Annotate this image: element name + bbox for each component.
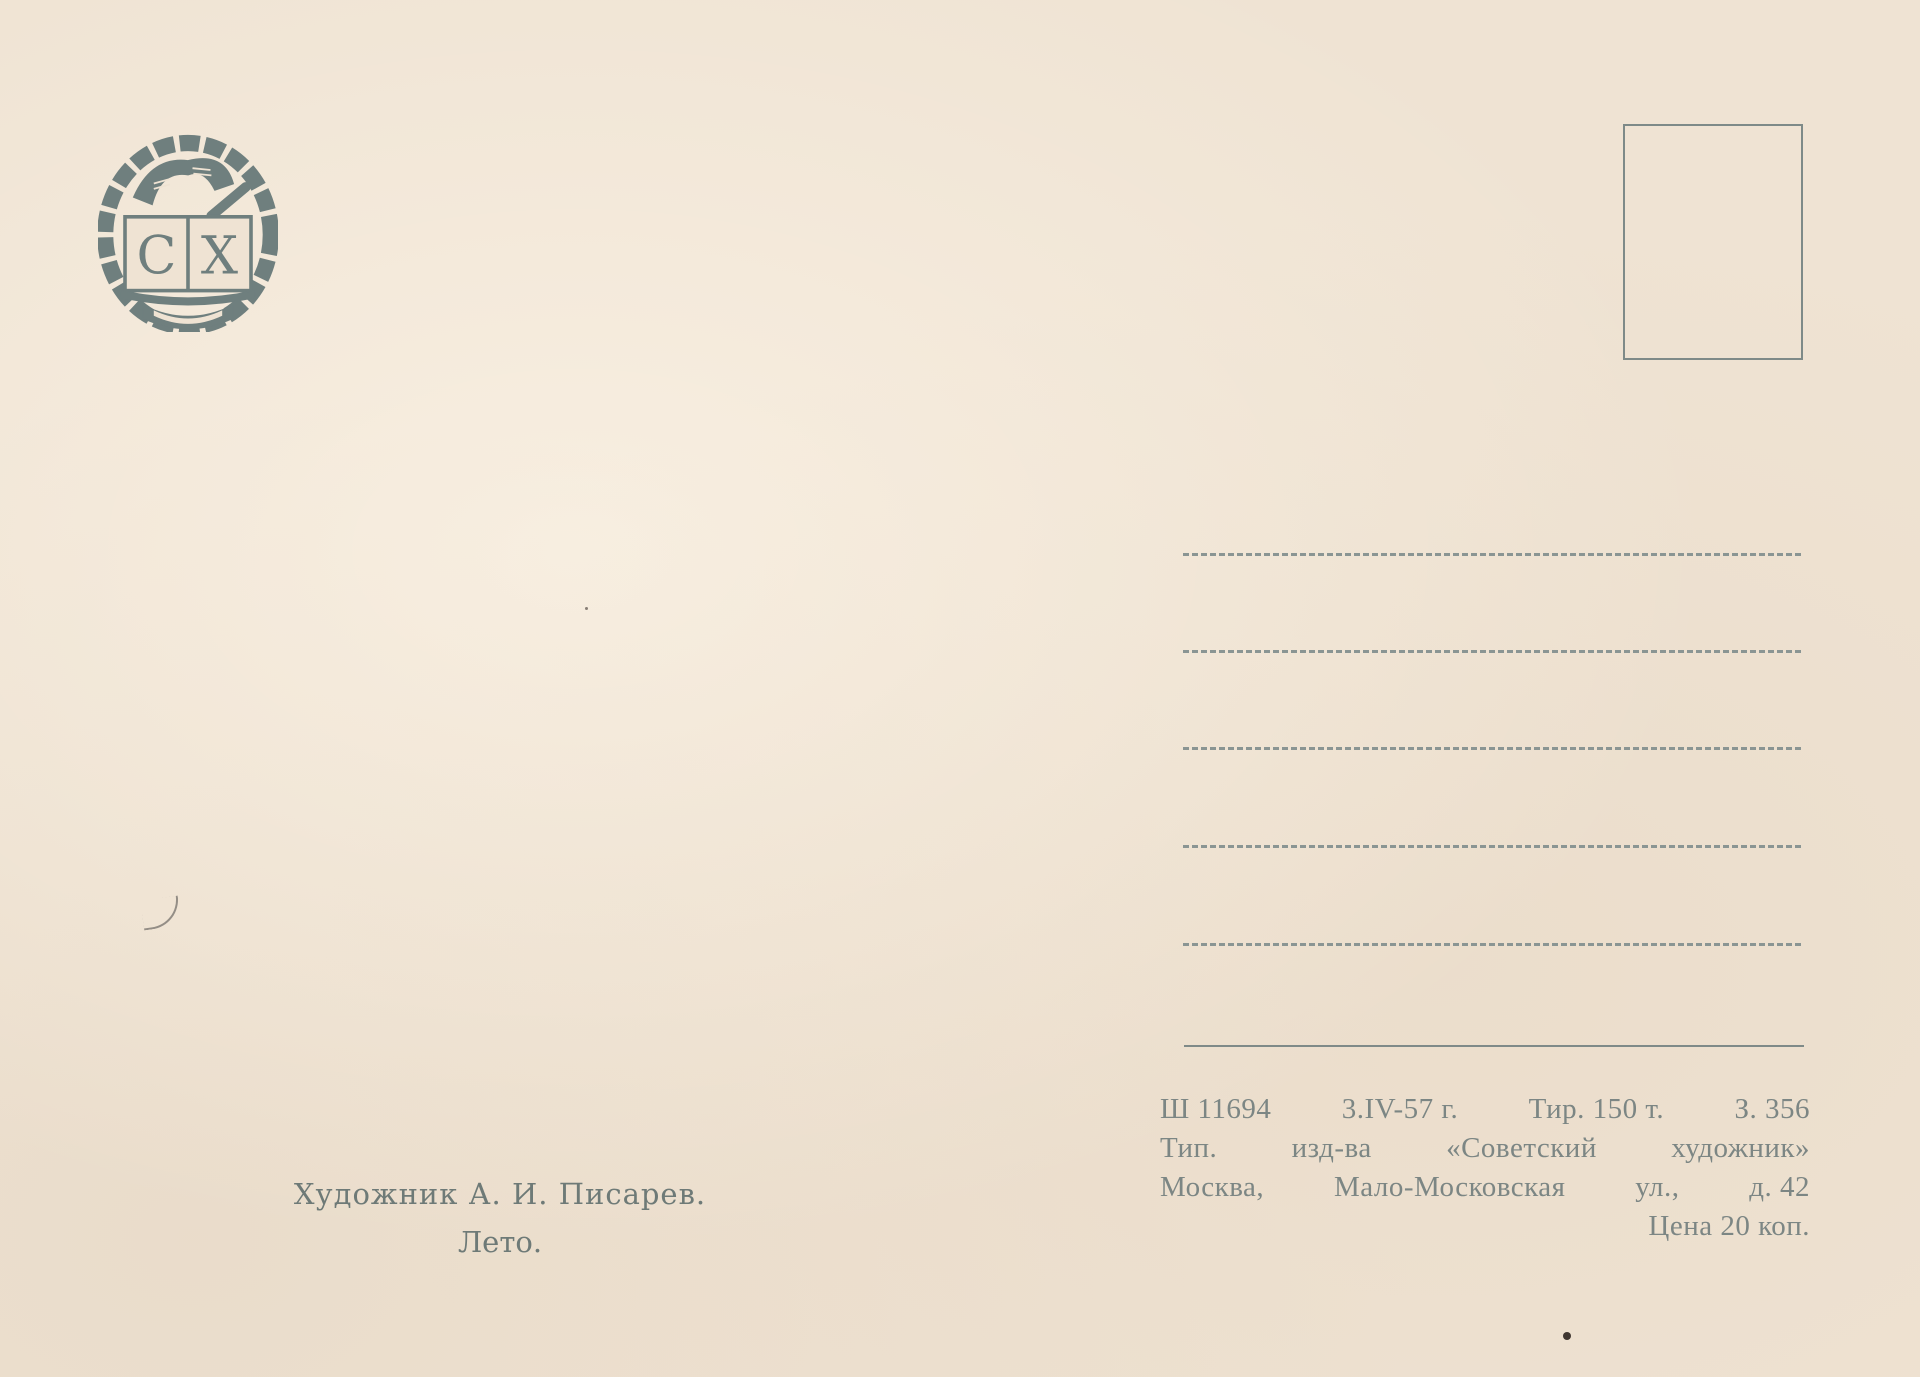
address-line-solid xyxy=(1184,1045,1804,1047)
logo-letter-kh: Х xyxy=(201,227,238,287)
address-line-2 xyxy=(1183,650,1801,653)
imprint-line-2: Тип. изд-ва «Советский художник» xyxy=(1160,1129,1810,1168)
imprint-price: Цена 20 коп. xyxy=(1160,1207,1810,1246)
logo-letter-s: С xyxy=(137,227,177,287)
publisher-imprint: Ш 11694 3.IV-57 г. Тир. 150 т. З. 356 Ти… xyxy=(1160,1090,1810,1246)
union-of-artists-emblem-icon: С Х xyxy=(98,134,278,332)
imprint-word: д. 42 xyxy=(1749,1168,1810,1207)
imprint-line-1: Ш 11694 3.IV-57 г. Тир. 150 т. З. 356 xyxy=(1160,1090,1810,1129)
address-line-4 xyxy=(1183,845,1801,848)
imprint-word: Тип. xyxy=(1160,1129,1217,1168)
artwork-caption: Художник А. И. Писарев. Лето. xyxy=(200,1170,800,1266)
address-line-3 xyxy=(1183,747,1801,750)
order-code: З. 356 xyxy=(1734,1090,1810,1129)
ink-speck xyxy=(1563,1332,1571,1340)
address-line-5 xyxy=(1183,943,1801,946)
imprint-word: Мало-Московская xyxy=(1334,1168,1566,1207)
stamp-placeholder-box xyxy=(1623,124,1803,360)
ink-speck xyxy=(585,607,588,610)
imprint-word: художник» xyxy=(1671,1129,1810,1168)
imprint-word: изд-ва xyxy=(1292,1129,1372,1168)
postcard-back: С Х Художник А. И. Писарев. Лето. Ш 1169… xyxy=(0,0,1920,1377)
imprint-word: Москва, xyxy=(1160,1168,1264,1207)
price-text: Цена 20 коп. xyxy=(1648,1207,1810,1246)
address-line-1 xyxy=(1183,553,1801,556)
imprint-line-3: Москва, Мало-Московская ул., д. 42 xyxy=(1160,1168,1810,1207)
artwork-title: Лето. xyxy=(200,1218,800,1266)
paper-mark xyxy=(140,896,182,931)
artist-name: Художник А. И. Писарев. xyxy=(200,1170,800,1218)
print-run: Тир. 150 т. xyxy=(1529,1090,1665,1129)
imprint-word: «Советский xyxy=(1446,1129,1597,1168)
print-date: 3.IV-57 г. xyxy=(1342,1090,1458,1129)
order-number: Ш 11694 xyxy=(1160,1090,1271,1129)
imprint-word: ул., xyxy=(1635,1168,1679,1207)
